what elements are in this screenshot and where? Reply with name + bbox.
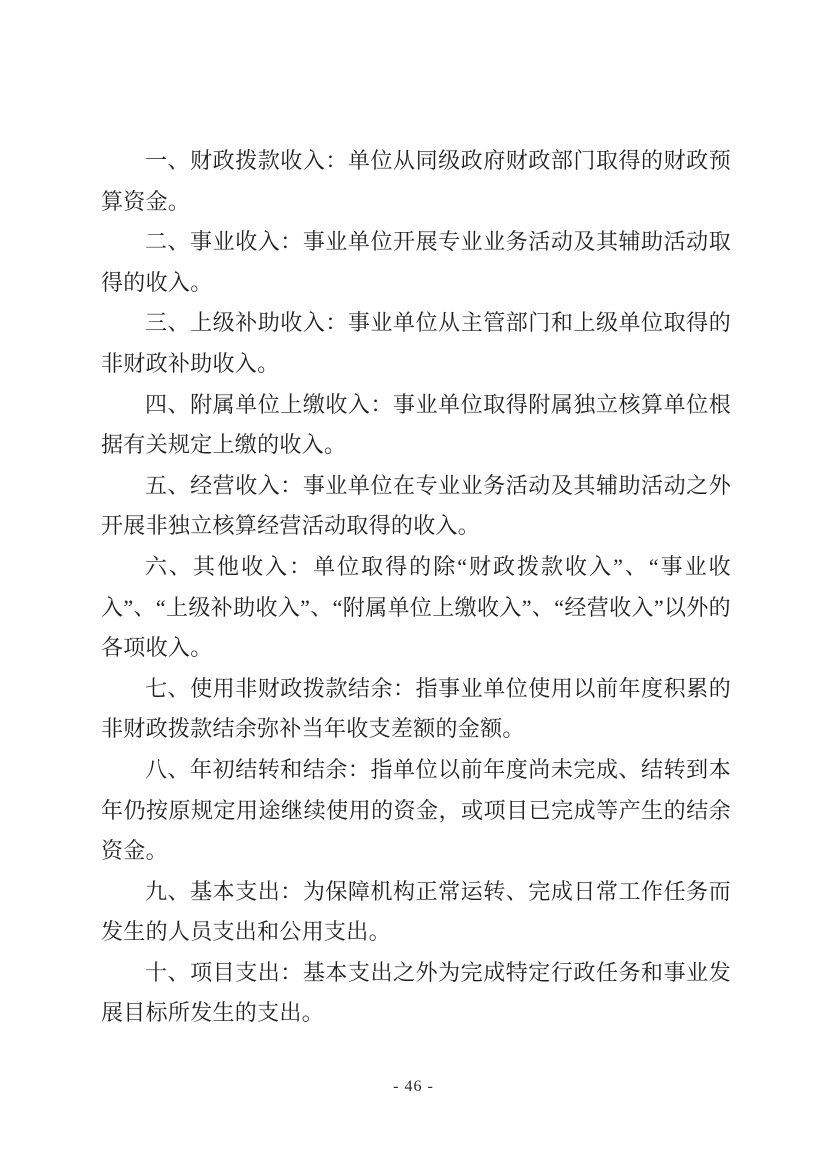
paragraph-use-of-non-fiscal-surplus: 七、使用非财政拨款结余：指事业单位使用以前年度积累的非财政拨款结余弥补当年收支差… — [101, 669, 731, 750]
document-page: 一、财政拨款收入：单位从同级政府财政部门取得的财政预算资金。 二、事业收入：事业… — [0, 0, 827, 1169]
paragraph-beginning-year-carryover-surplus: 八、年初结转和结余：指单位以前年度尚未完成、结转到本年仍按原规定用途继续使用的资… — [101, 750, 731, 872]
page-number: - 46 - — [393, 1078, 434, 1095]
paragraph-superior-subsidy-income: 三、上级补助收入：事业单位从主管部门和上级单位取得的非财政补助收入。 — [101, 303, 731, 384]
page-footer: - 46 - — [0, 1078, 827, 1096]
paragraph-business-income: 二、事业收入：事业单位开展专业业务活动及其辅助活动取得的收入。 — [101, 222, 731, 303]
paragraph-affiliated-unit-remittance-income: 四、附属单位上缴收入：事业单位取得附属独立核算单位根据有关规定上缴的收入。 — [101, 385, 731, 466]
paragraph-project-expenditure: 十、项目支出：基本支出之外为完成特定行政任务和事业发展目标所发生的支出。 — [101, 953, 731, 1034]
paragraph-basic-expenditure: 九、基本支出：为保障机构正常运转、完成日常工作任务而发生的人员支出和公用支出。 — [101, 872, 731, 953]
paragraph-operating-income: 五、经营收入：事业单位在专业业务活动及其辅助活动之外开展非独立核算经营活动取得的… — [101, 466, 731, 547]
document-body: 一、财政拨款收入：单位从同级政府财政部门取得的财政预算资金。 二、事业收入：事业… — [101, 141, 731, 1034]
paragraph-fiscal-appropriation-income: 一、财政拨款收入：单位从同级政府财政部门取得的财政预算资金。 — [101, 141, 731, 222]
paragraph-other-income: 六、其他收入：单位取得的除“财政拨款收入”、“事业收入”、“上级补助收入”、“附… — [101, 547, 731, 669]
